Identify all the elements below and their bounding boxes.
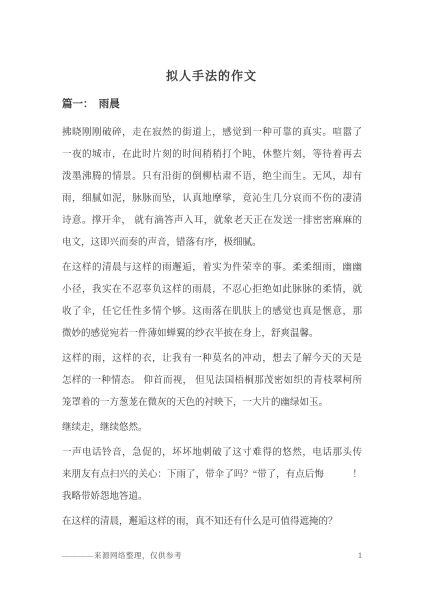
essay-line: 收了伞，任它任性多情个够。这雨落在肌肤上的感觉也真是惬意，那 xyxy=(62,301,362,323)
essay-line: 笼罩着的一方葱茏在微灰的天色的衬映下，一大片的幽绿如玉。 xyxy=(62,392,362,414)
essay-line: 拂晓刚刚破碎，走在寂然的街道上，感觉到一种可靠的真实。喧嚣了 xyxy=(62,122,362,144)
essay-line: 小径，我实在不忍辜负这样的雨晨，不忍心拒绝如此脉脉的柔情，就 xyxy=(62,279,362,301)
essay-line: 微妙的感觉宛若一件薄如蝉翼的纱衣半披在身上，舒爽温馨。 xyxy=(62,323,362,345)
content-column: 篇一： 雨晨 拂晓刚刚破碎，走在寂然的街道上，感觉到一种可靠的真实。喧嚣了一夜的… xyxy=(62,98,362,533)
essay-paragraph: 在这样的清晨与这样的雨邂逅，着实为件荣幸的事。柔柔细雨，幽幽小径，我实在不忍辜负… xyxy=(62,257,362,345)
essay-line: 我略带娇怨地答道。 xyxy=(62,486,362,508)
page-footer: ————来源网络整理，仅供参考 1 xyxy=(62,549,362,563)
essay-paragraph: 拂晓刚刚破碎，走在寂然的街道上，感觉到一种可靠的真实。喧嚣了一夜的城市，在此时片… xyxy=(62,122,362,254)
essay-line: 在这样的清晨，邂逅这样的雨，真不知还有什么是可值得遮掩的？ xyxy=(62,511,362,533)
essay-paragraph: 继续走，继续悠然。 xyxy=(62,417,362,439)
footer-page-number: 1 xyxy=(358,549,362,563)
essay-line: 泼墨沸腾的情景。只有沿街的倒柳枯肃不语，绝尘而生。无风，却有 xyxy=(62,166,362,188)
section-heading: 篇一： 雨晨 xyxy=(62,98,362,112)
footer-source-note: ————来源网络整理，仅供参考 xyxy=(62,549,182,563)
essay-line: 诗意。撑开伞， 就有滴答声入耳，就象老天正在发送一排密密麻麻的 xyxy=(62,210,362,232)
document-page: 拟人手法的作文 篇一： 雨晨 拂晓刚刚破碎，走在寂然的街道上，感觉到一种可靠的真… xyxy=(0,0,423,600)
essay-line: 电文，这即兴而奏的声音，错落有序，极细腻。 xyxy=(62,232,362,254)
essay-paragraph: 这样的雨，这样的衣，让我有一种莫名的冲动，想去了解今天的天是怎样的一种情态。 仰… xyxy=(62,348,362,414)
essay-line: 来朋友有点扫兴的关心：下雨了，带伞了吗？“带了，有点后悔 ！ xyxy=(62,464,362,486)
page-title: 拟人手法的作文 xyxy=(0,0,423,83)
essay-paragraph: 在这样的清晨，邂逅这样的雨，真不知还有什么是可值得遮掩的？ xyxy=(62,511,362,533)
essay-paragraph: 一声电话铃音，急促的，坏坏地刺破了这寸难得的悠然，电话那头传来朋友有点扫兴的关心… xyxy=(62,442,362,508)
essay-line: 一声电话铃音，急促的，坏坏地刺破了这寸难得的悠然，电话那头传 xyxy=(62,442,362,464)
essay-line: 一夜的城市，在此时片刻的时间稍稍打个盹，休整片刻，等待着再去 xyxy=(62,144,362,166)
essay-line: 继续走，继续悠然。 xyxy=(62,417,362,439)
essay-line: 在这样的清晨与这样的雨邂逅，着实为件荣幸的事。柔柔细雨，幽幽 xyxy=(62,257,362,279)
essay-body: 拂晓刚刚破碎，走在寂然的街道上，感觉到一种可靠的真实。喧嚣了一夜的城市，在此时片… xyxy=(62,122,362,533)
essay-line: 这样的雨，这样的衣，让我有一种莫名的冲动，想去了解今天的天是 xyxy=(62,348,362,370)
essay-line: 雨，细腻如泥，脉脉而坠，认真地摩挲，竟沁生几分哀而不伤的凄清 xyxy=(62,188,362,210)
essay-line: 怎样的一种情态。 仰首而视， 但见法国梧桐那茂密如织的青枝翠柯所 xyxy=(62,370,362,392)
